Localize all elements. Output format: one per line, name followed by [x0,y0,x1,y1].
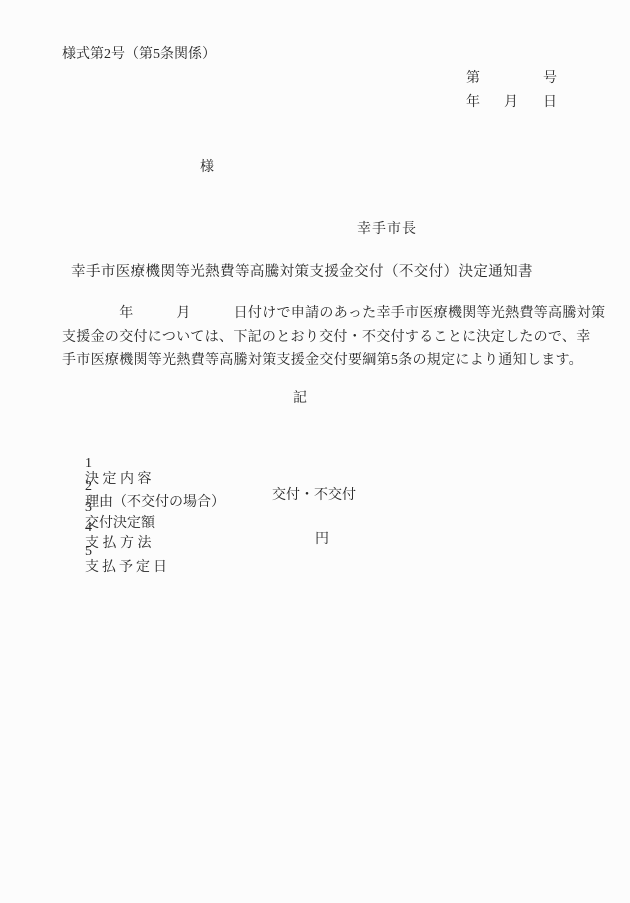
date-year-label: 年 [466,95,480,111]
addressee-honorific: 様 [200,160,214,176]
document-title: 幸手市医療機関等光熱費等高騰対策支援金交付（不交付）決定通知書 [0,264,604,281]
date-month-label: 月 [504,95,518,111]
list-item-payment-date: 5 支払予定日 [64,528,170,608]
form-number: 様式第2号（第5条関係） [62,47,216,63]
date-day-label: 日 [543,95,557,111]
doc-number-suffix: 号 [543,71,557,87]
item-number: 5 [85,544,109,560]
item-value: 交付・不交付 [272,488,356,504]
doc-number-prefix: 第 [466,71,480,87]
body-line: 年 月 日付けで申請のあった幸手市医療機関等光熱費等高騰対策 [62,306,605,322]
document-page: 様式第2号（第5条関係） 第 号 年 月 日 様 幸手市長 幸手市医療機関等光熱… [0,0,630,903]
body-line: 支援金の交付については、下記のとおり交付・不交付することに決定したので、幸 [62,330,591,346]
item-label: 支払予定日 [85,560,170,575]
ki-heading: 記 [0,391,600,407]
body-line: 手市医療機関等光熱費等高騰対策支援金交付要綱第5条の規定により通知します。 [62,353,583,369]
item-value: 円 [315,532,329,548]
sender-name: 幸手市長 [357,222,417,238]
